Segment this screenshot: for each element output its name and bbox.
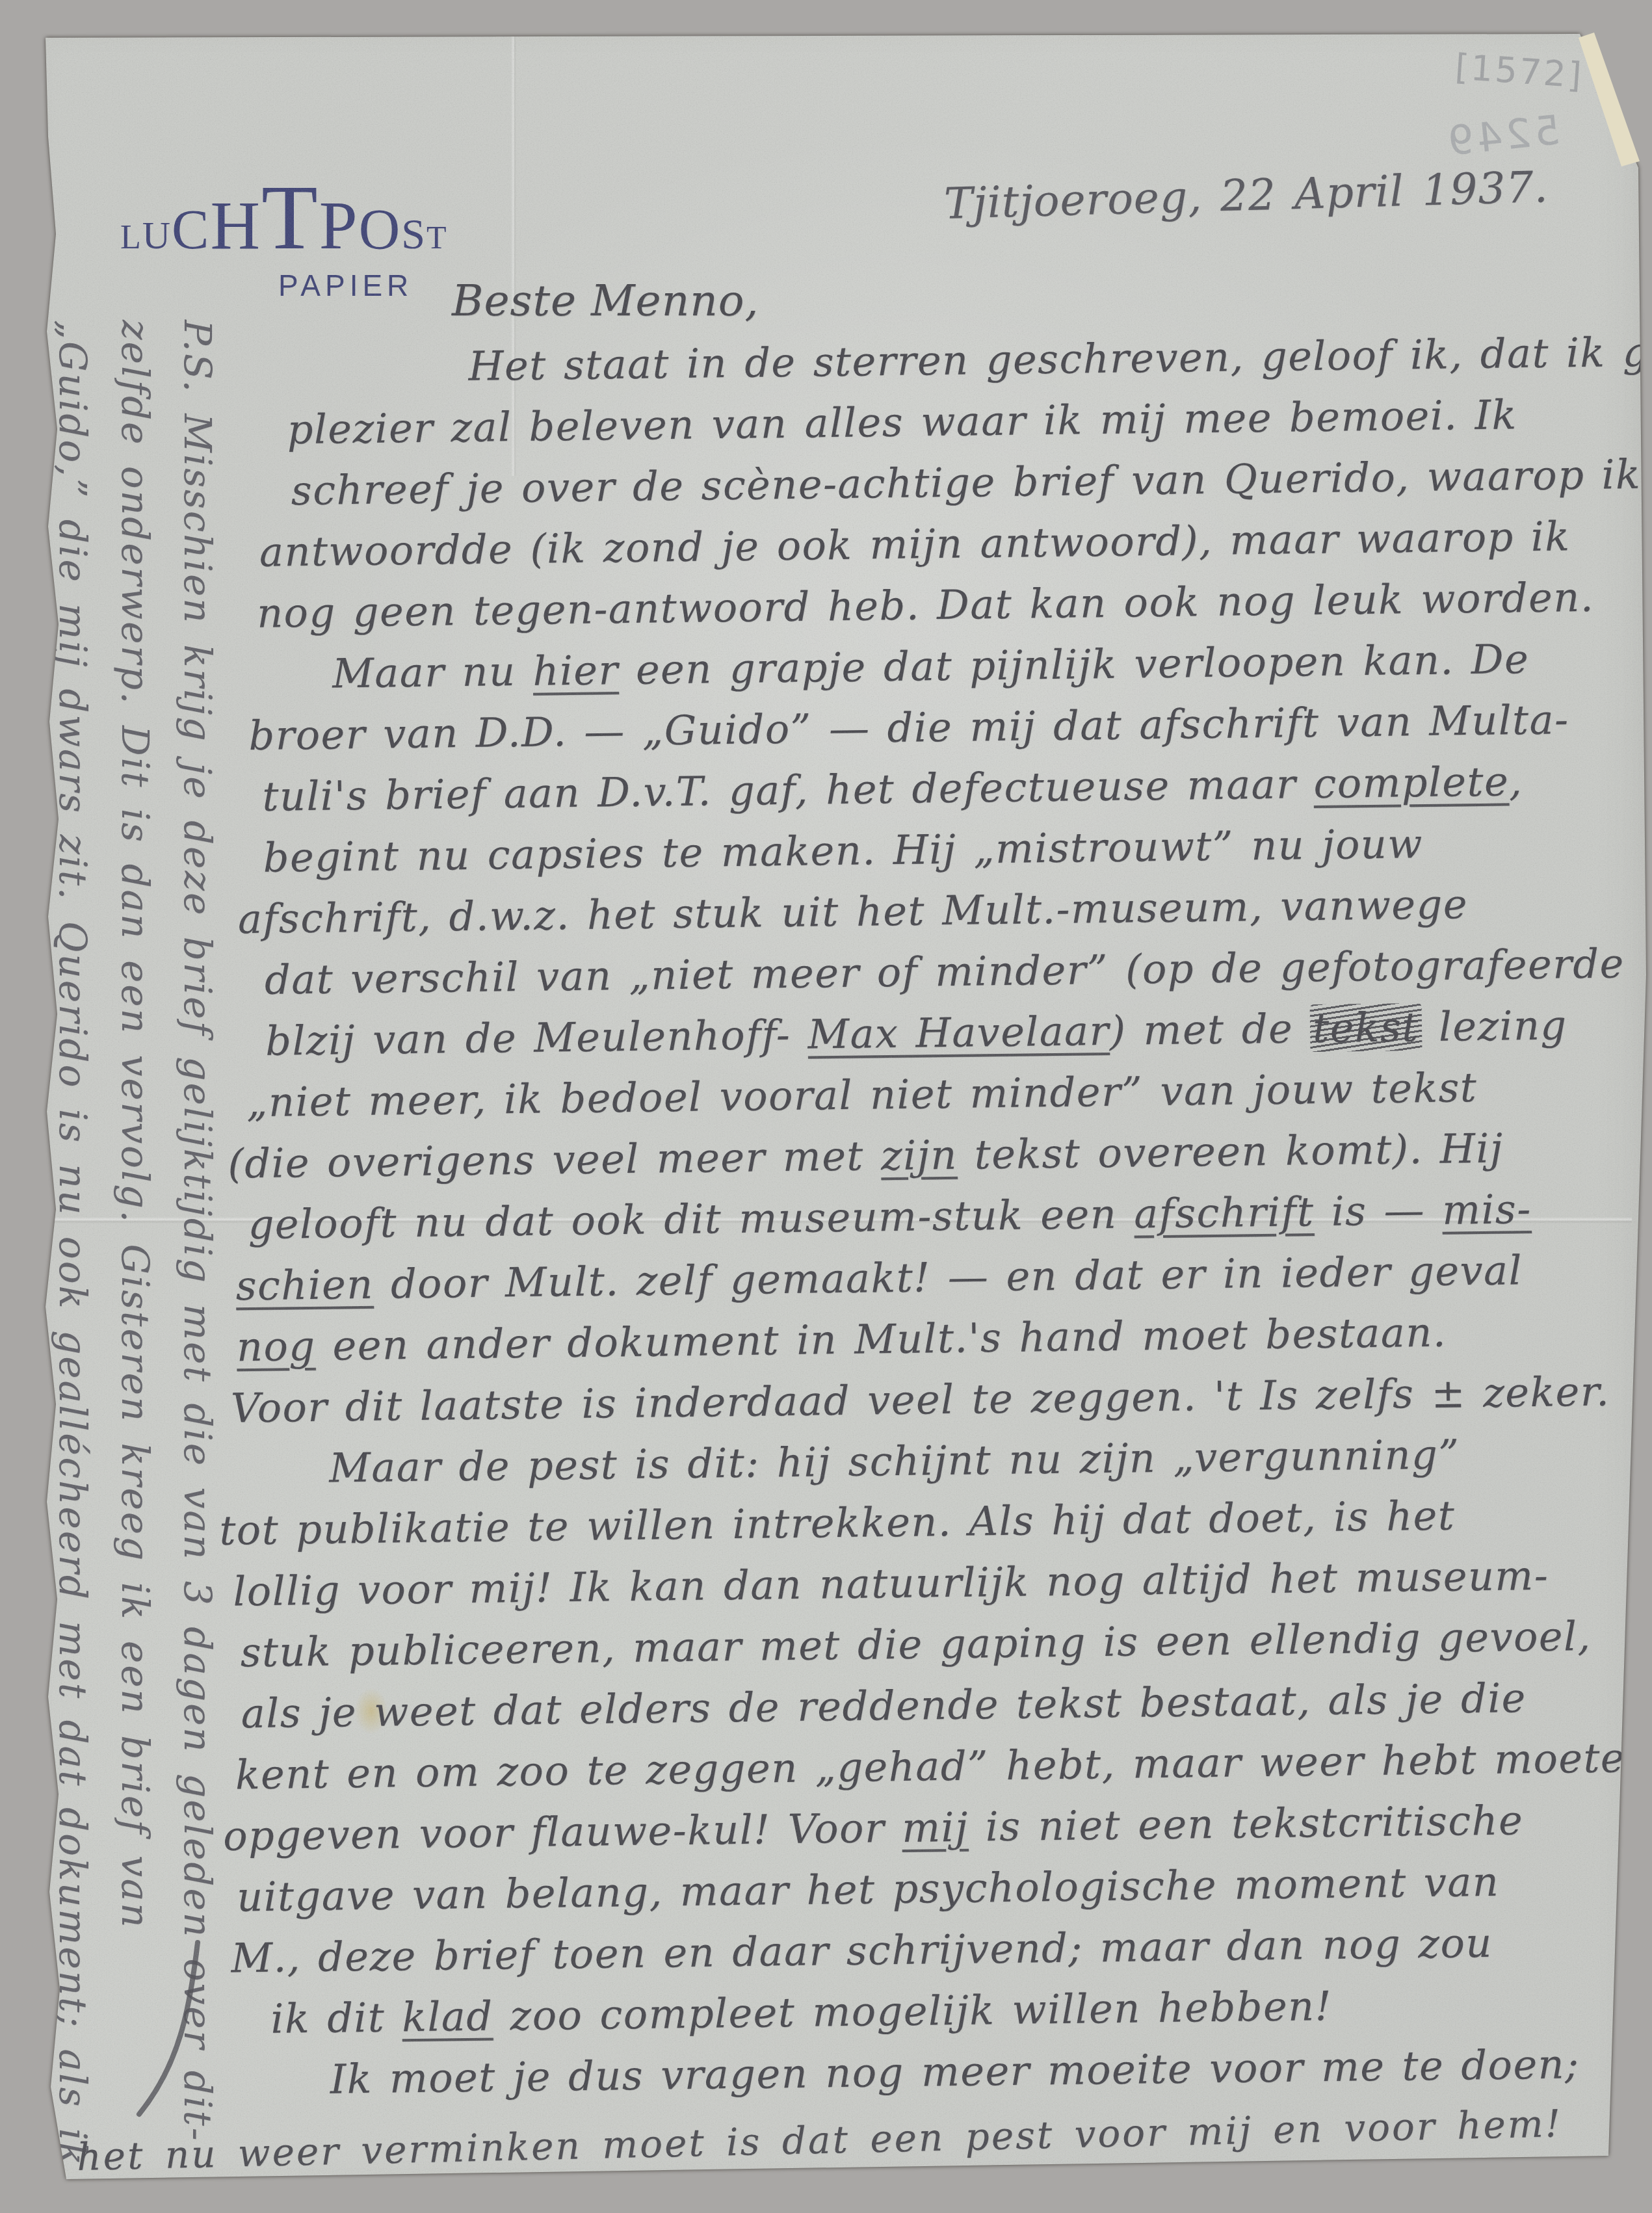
- postscript-line: zelfde onderwerp. Dit is dan een vervolg…: [104, 320, 166, 2134]
- mirrored-stamp-number: 5249: [1443, 106, 1562, 165]
- brand-letter: U: [142, 214, 172, 257]
- brand-letter: L: [120, 219, 142, 256]
- scanned-letter: LUCHTPOST PAPIER [1572] 5249 Tjitjoeroeg…: [0, 0, 1652, 2213]
- brand-letter: S: [401, 211, 426, 258]
- brand-letter: P: [319, 187, 359, 263]
- salutation: Beste Menno,: [452, 276, 759, 326]
- pencil-archive-number: [1572]: [1454, 46, 1584, 96]
- brand-letter: H: [210, 187, 261, 263]
- letter-body: Het staat in de sterren geschreven, gelo…: [195, 322, 1652, 2112]
- brand-letter: T: [261, 166, 319, 268]
- letter-paper: LUCHTPOST PAPIER [1572] 5249 Tjitjoeroeg…: [0, 0, 1652, 2213]
- letterhead-subtitle: PAPIER: [278, 268, 413, 303]
- brand-letter: C: [172, 198, 210, 261]
- dateline: Tjitjoeroeg, 22 April 1937.: [943, 162, 1549, 229]
- postscript-line: „Guido,” die mij dwars zit. Querido is n…: [42, 320, 104, 2134]
- brand-letter: O: [359, 198, 402, 261]
- margin-postscript: P.S. Misschien krijg je deze brief gelij…: [42, 320, 229, 2134]
- postscript-line: P.S. Misschien krijg je deze brief gelij…: [166, 320, 229, 2134]
- letterhead-brand: LUCHTPOST: [120, 164, 448, 270]
- footer-postscript-line: het nu weer verminken moet is dat een pe…: [77, 2101, 1563, 2179]
- brand-letter: T: [426, 219, 448, 255]
